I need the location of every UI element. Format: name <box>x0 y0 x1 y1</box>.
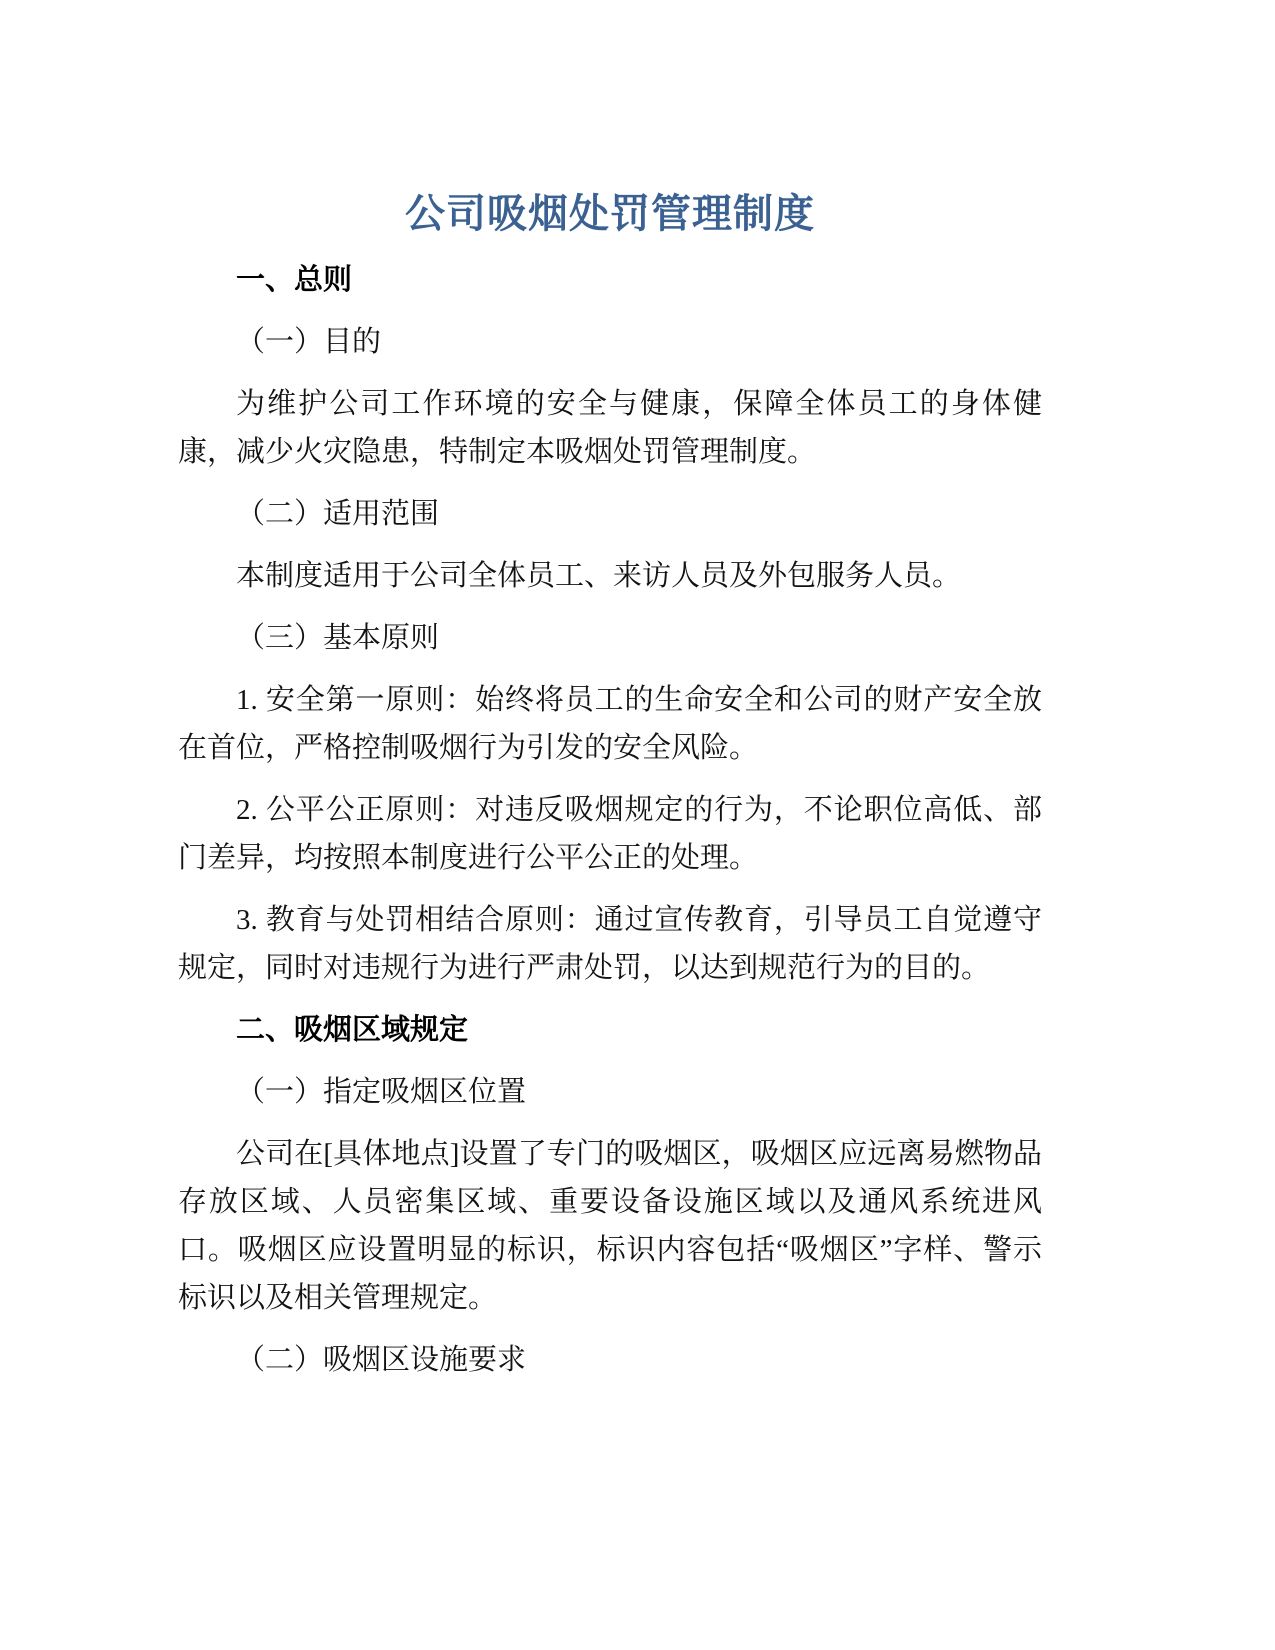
document-content: 公司吸烟处罚管理制度 一、总则 （一）目的 为维护公司工作环境的安全与健康，保障… <box>178 186 1042 1384</box>
paragraph-scope: 本制度适用于公司全体员工、来访人员及外包服务人员。 <box>178 552 1042 600</box>
paragraph-smoking-area-location: 公司在[具体地点]设置了专门的吸烟区，吸烟区应远离易燃物品存放区域、人员密集区域… <box>178 1130 1042 1322</box>
paragraph-principle-1: 1. 安全第一原则：始终将员工的生命安全和公司的财产安全放在首位，严格控制吸烟行… <box>178 676 1042 772</box>
document-title: 公司吸烟处罚管理制度 <box>178 186 1042 242</box>
paragraph-purpose: 为维护公司工作环境的安全与健康，保障全体员工的身体健康，减少火灾隐患，特制定本吸… <box>178 380 1042 476</box>
paragraph-principle-3: 3. 教育与处罚相结合原则：通过宣传教育，引导员工自觉遵守规定，同时对违规行为进… <box>178 896 1042 992</box>
sub-heading-scope: （二）适用范围 <box>178 490 1042 538</box>
sub-heading-smoking-area-location: （一）指定吸烟区位置 <box>178 1068 1042 1116</box>
section-2-heading: 二、吸烟区域规定 <box>178 1006 1042 1054</box>
sub-heading-smoking-area-facilities: （二）吸烟区设施要求 <box>178 1336 1042 1384</box>
document-page: 公司吸烟处罚管理制度 一、总则 （一）目的 为维护公司工作环境的安全与健康，保障… <box>0 0 1275 1650</box>
section-1-heading: 一、总则 <box>178 256 1042 304</box>
sub-heading-purpose: （一）目的 <box>178 318 1042 366</box>
sub-heading-principles: （三）基本原则 <box>178 614 1042 662</box>
paragraph-principle-2: 2. 公平公正原则：对违反吸烟规定的行为，不论职位高低、部门差异，均按照本制度进… <box>178 786 1042 882</box>
